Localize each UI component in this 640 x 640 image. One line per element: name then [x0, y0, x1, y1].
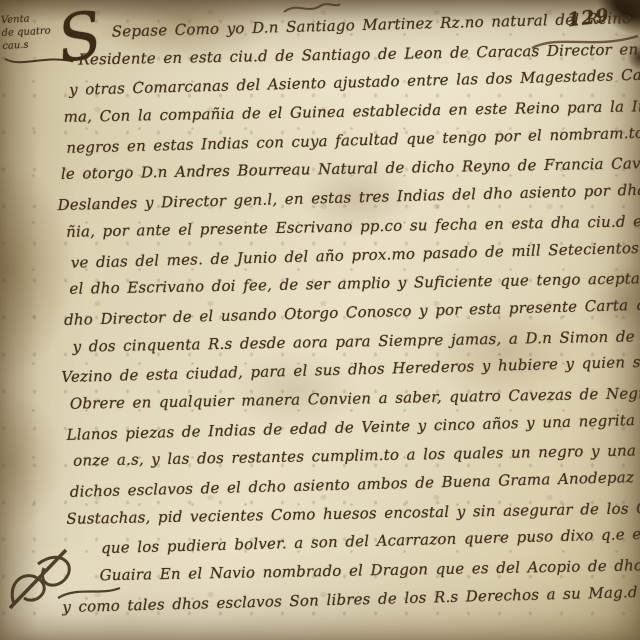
manuscript-page: 129 Venta de quatro cau.s S Sepase Como … — [0, 0, 640, 640]
manuscript-text: Sepase Como yo D.n Santiago Martinez Rz.… — [0, 5, 640, 622]
notary-rubric-icon — [4, 538, 134, 612]
